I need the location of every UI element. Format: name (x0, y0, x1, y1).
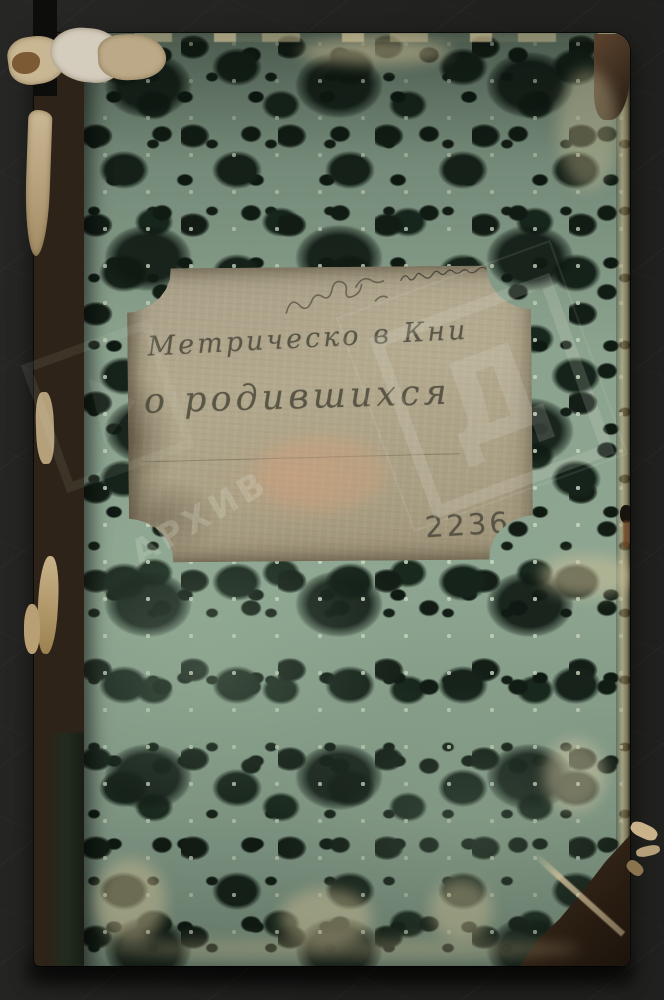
wear-patch (544, 739, 606, 811)
wear-patch (300, 39, 450, 65)
torn-paper-strip (24, 604, 40, 654)
wear-patch (430, 879, 492, 941)
title-label: Метрическо в Кни о родившихся 2236 (127, 265, 534, 563)
wear-patch (100, 939, 580, 959)
fray-bit (628, 819, 659, 844)
fray-bit (635, 844, 661, 859)
photo-stage: Метрическо в Кни о родившихся 2236 Д АРХ… (0, 0, 664, 1000)
rust-streak (623, 521, 629, 547)
wear-patch (96, 859, 166, 943)
worn-fore-edge (616, 35, 630, 964)
wear-patch (540, 555, 630, 597)
pencil-scribble-corner-note (399, 268, 495, 287)
wear-patch (558, 69, 618, 189)
